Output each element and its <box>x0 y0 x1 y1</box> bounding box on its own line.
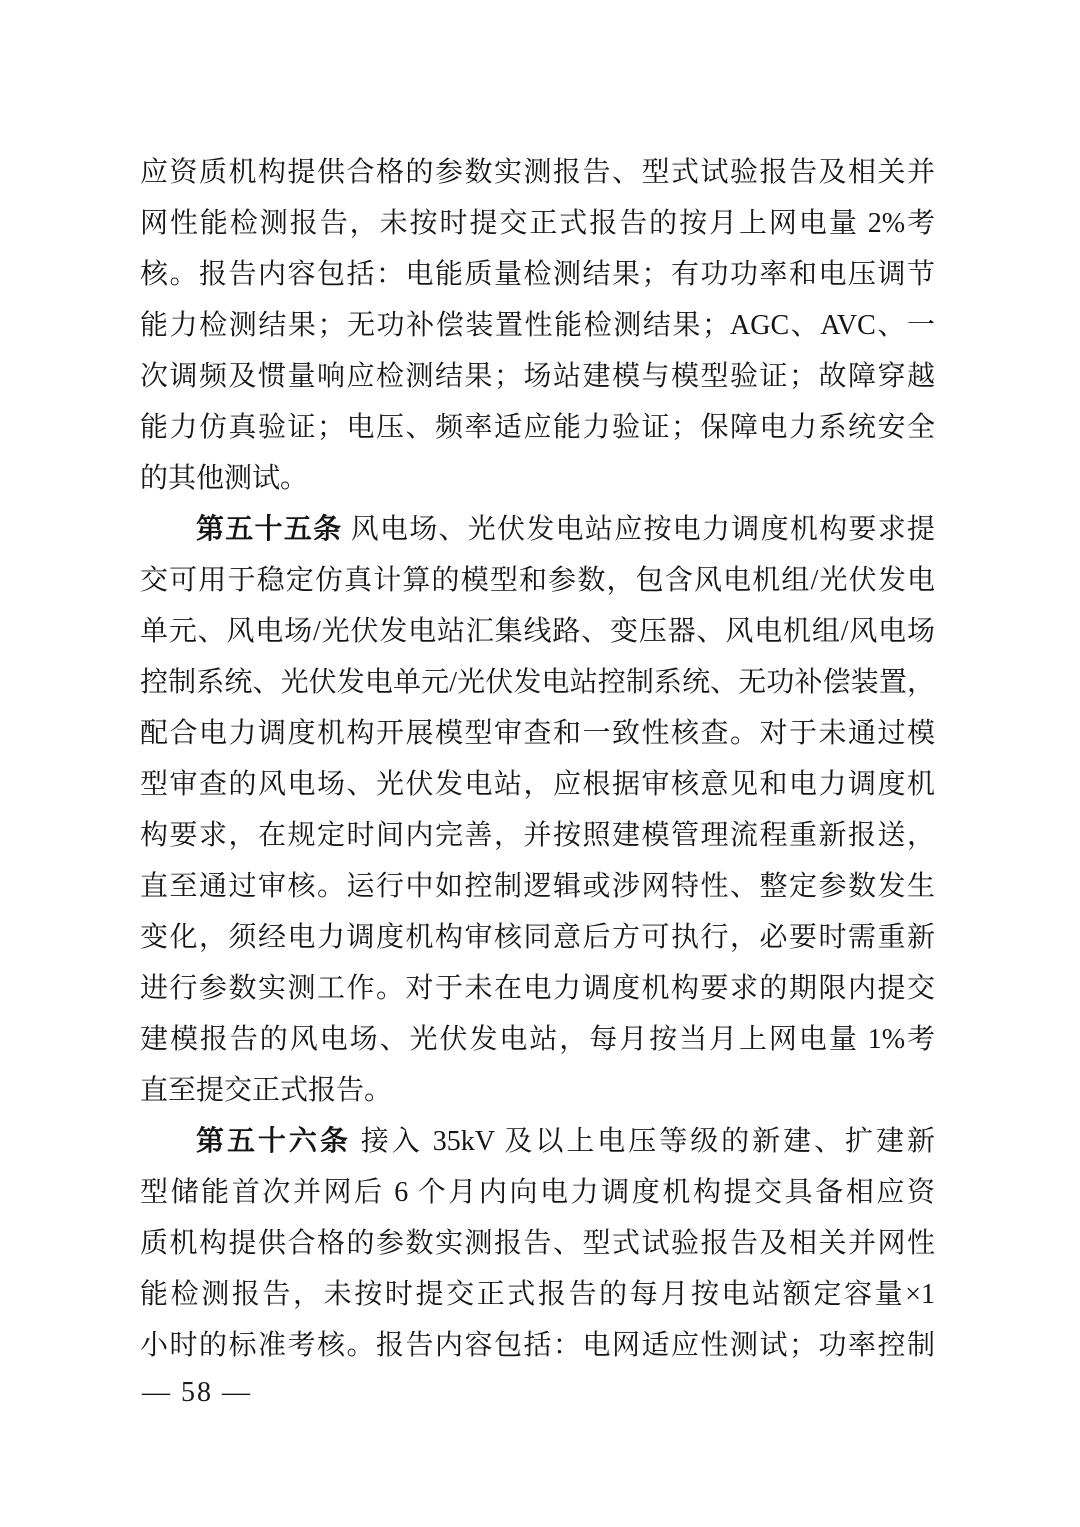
article-56-heading: 第五十六条 <box>196 1126 351 1157</box>
text-line: 能力仿真验证；电压、频率适应能力验证；保障电力系统安全 <box>140 402 935 453</box>
article-55-heading: 第五十五条 <box>196 514 342 545</box>
text-line: 变化，须经电力调度机构审核同意后方可执行，必要时需重新 <box>140 912 935 963</box>
article-55-lead-text: 风电场、光伏发电站应按电力调度机构要求提 <box>342 514 935 545</box>
text-line: 型审查的风电场、光伏发电站，应根据审核意见和电力调度机 <box>140 759 935 810</box>
text-line: 进行参数实测工作。对于未在电力调度机构要求的期限内提交 <box>140 963 935 1014</box>
text-line: 次调频及惯量响应检测结果；场站建模与模型验证；故障穿越 <box>140 351 935 402</box>
text-line: 构要求，在规定时间内完善，并按照建模管理流程重新报送， <box>140 810 935 861</box>
text-line: 小时的标准考核。报告内容包括：电网适应性测试；功率控制 <box>140 1320 935 1371</box>
article-56-lead-text: 接入 35kV 及以上电压等级的新建、扩建新 <box>351 1126 935 1157</box>
article-56-first-line: 第五十六条 接入 35kV 及以上电压等级的新建、扩建新 <box>140 1116 935 1167</box>
text-line: 网性能检测报告，未按时提交正式报告的按月上网电量 2%考 <box>140 198 935 249</box>
document-body: 应资质机构提供合格的参数实测报告、型式试验报告及相关并 网性能检测报告，未按时提… <box>140 147 935 1371</box>
text-line: 应资质机构提供合格的参数实测报告、型式试验报告及相关并 <box>140 147 935 198</box>
text-line: 配合电力调度机构开展模型审查和一致性核查。对于未通过模 <box>140 708 935 759</box>
text-line: 的其他测试。 <box>140 453 935 504</box>
article-55-first-line: 第五十五条 风电场、光伏发电站应按电力调度机构要求提 <box>140 504 935 555</box>
document-page: 应资质机构提供合格的参数实测报告、型式试验报告及相关并 网性能检测报告，未按时提… <box>0 0 1080 1527</box>
text-line: 直至提交正式报告。 <box>140 1065 935 1116</box>
text-line: 控制系统、光伏发电单元/光伏发电站控制系统、无功补偿装置， <box>140 657 935 708</box>
text-line: 单元、风电场/光伏发电站汇集线路、变压器、风电机组/风电场 <box>140 606 935 657</box>
text-line: 建模报告的风电场、光伏发电站，每月按当月上网电量 1%考核， <box>140 1014 935 1065</box>
text-line: 直至通过审核。运行中如控制逻辑或涉网特性、整定参数发生 <box>140 861 935 912</box>
text-line: 能检测报告，未按时提交正式报告的每月按电站额定容量×1 <box>140 1269 935 1320</box>
text-line: 交可用于稳定仿真计算的模型和参数，包含风电机组/光伏发电 <box>140 555 935 606</box>
text-line: 型储能首次并网后 6 个月内向电力调度机构提交具备相应资 <box>140 1167 935 1218</box>
page-number: — 58 — <box>142 1372 252 1414</box>
text-line: 能力检测结果；无功补偿装置性能检测结果；AGC、AVC、一 <box>140 300 935 351</box>
text-line: 核。报告内容包括：电能质量检测结果；有功功率和电压调节 <box>140 249 935 300</box>
text-line: 质机构提供合格的参数实测报告、型式试验报告及相关并网性 <box>140 1218 935 1269</box>
